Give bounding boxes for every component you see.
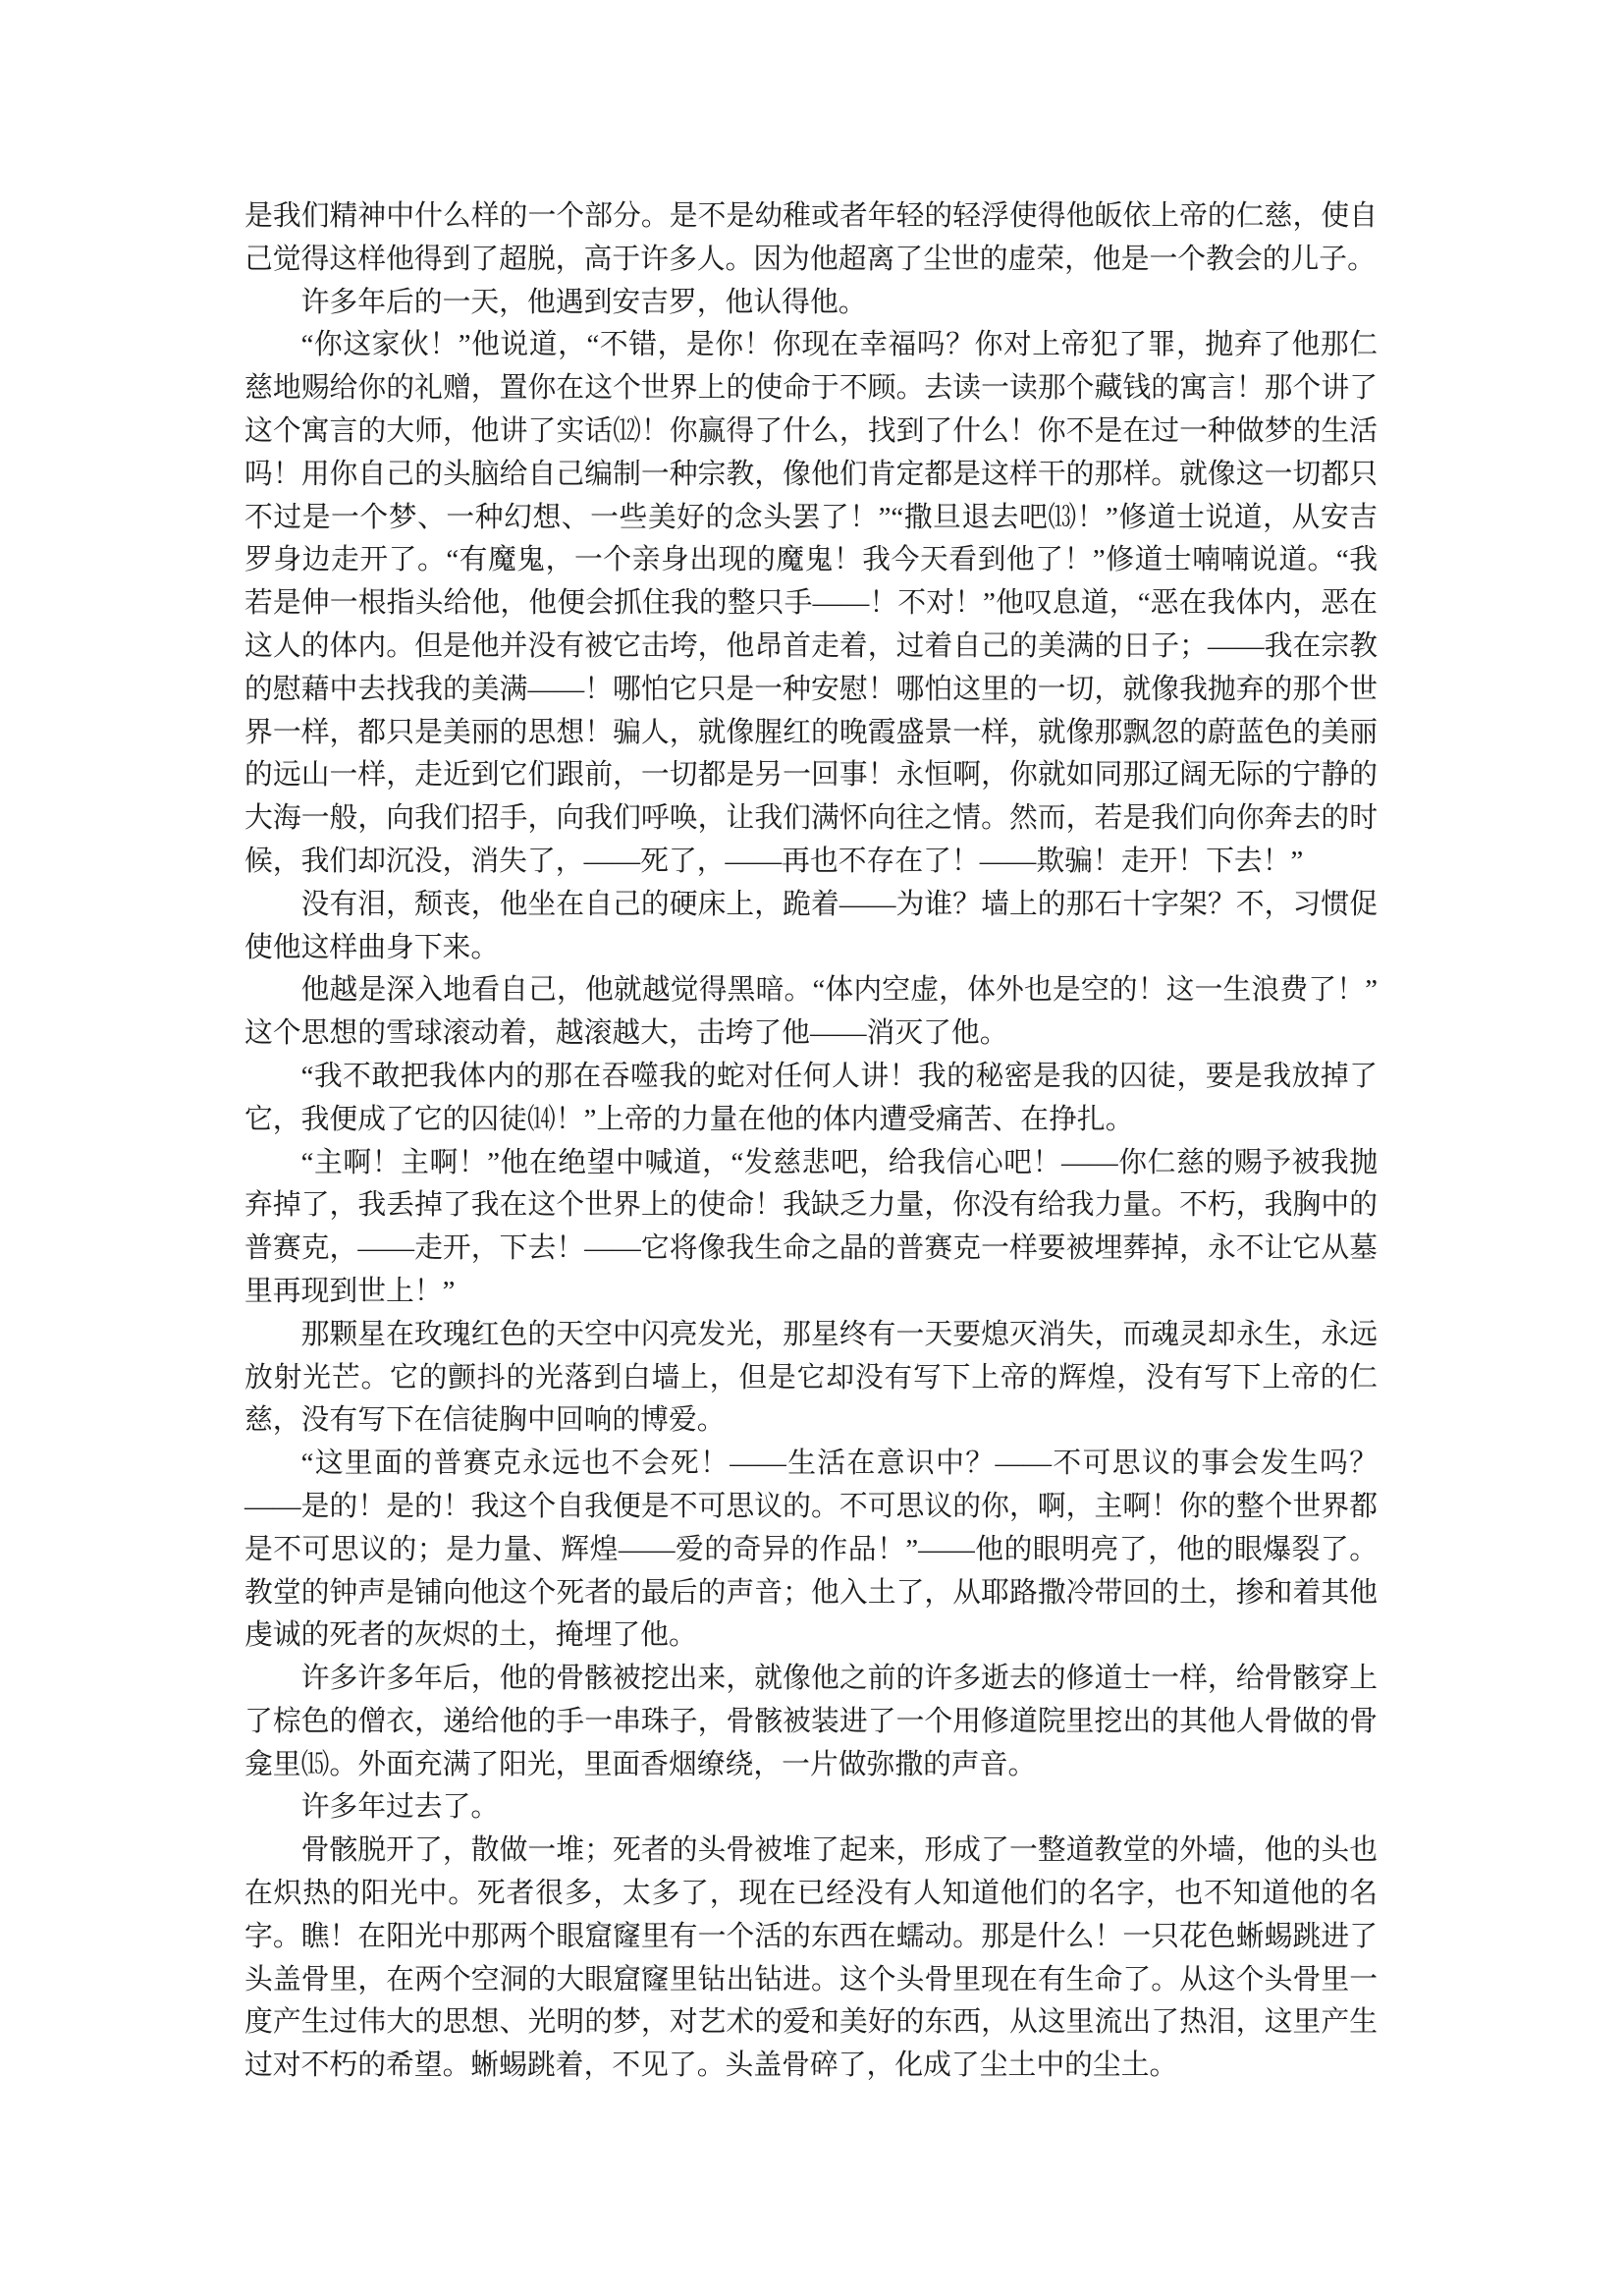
paragraph: “你这家伙！”他说道，“不错，是你！你现在幸福吗？你对上帝犯了罪，抛弃了他那仁慈… [244, 324, 1378, 883]
paragraph: 许多许多年后，他的骨骸被挖出来，就像他之前的许多逝去的修道士一样，给骨骸穿上了棕… [244, 1658, 1378, 1786]
paragraph: “这里面的普赛克永远也不会死！——生活在意识中？——不可思议的事会发生吗？——是… [244, 1443, 1378, 1658]
paragraph: 骨骸脱开了，散做一堆；死者的头骨被堆了起来，形成了一整道教堂的外墙，他的头也在炽… [244, 1830, 1378, 2088]
paragraph: 许多年后的一天，他遇到安吉罗，他认得他。 [244, 282, 1378, 325]
document-page: 是我们精神中什么样的一个部分。是不是幼稚或者年轻的轻浮使得他皈依上帝的仁慈，使自… [0, 0, 1623, 2296]
paragraph: “主啊！主啊！”他在绝望中喊道，“发慈悲吧，给我信心吧！——你仁慈的赐予被我抛弃… [244, 1142, 1378, 1314]
paragraph: 是我们精神中什么样的一个部分。是不是幼稚或者年轻的轻浮使得他皈依上帝的仁慈，使自… [244, 195, 1378, 282]
paragraph: 许多年过去了。 [244, 1786, 1378, 1830]
paragraph: 没有泪，颓丧，他坐在自己的硬床上，跪着——为谁？墙上的那石十字架？不，习惯促使他… [244, 884, 1378, 970]
body-text: 是我们精神中什么样的一个部分。是不是幼稚或者年轻的轻浮使得他皈依上帝的仁慈，使自… [244, 195, 1378, 2088]
paragraph: 他越是深入地看自己，他就越觉得黑暗。“体内空虚，体外也是空的！这一生浪费了！”这… [244, 969, 1378, 1056]
paragraph: “我不敢把我体内的那在吞噬我的蛇对任何人讲！我的秘密是我的囚徒，要是我放掉了它，… [244, 1056, 1378, 1142]
paragraph: 那颗星在玫瑰红色的天空中闪亮发光，那星终有一天要熄灭消失，而魂灵却永生，永远放射… [244, 1314, 1378, 1443]
